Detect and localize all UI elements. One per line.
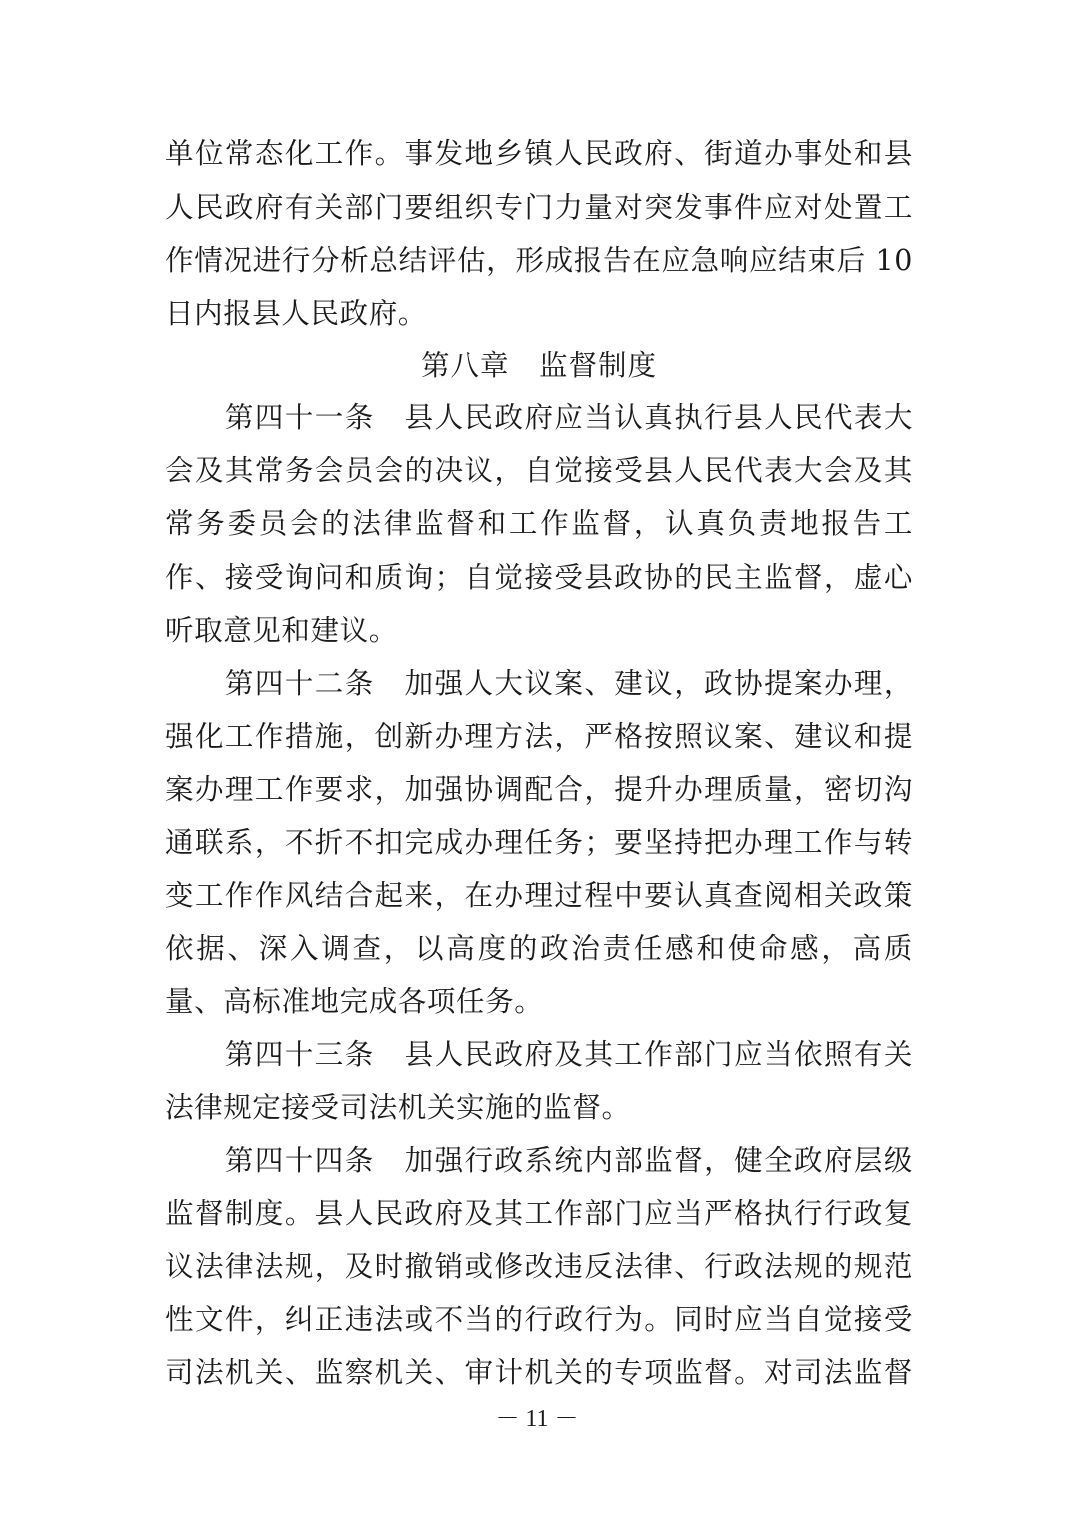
text-line: 法律规定接受司法机关实施的监督。 (165, 1088, 913, 1128)
page-number: － 11 － (0, 1398, 1074, 1433)
text-line: 强化工作措施，创新办理方法，严格按照议案、建议和提 (165, 717, 913, 757)
text-line: 第四十三条 县人民政府及其工作部门应当依照有关 (165, 1035, 913, 1075)
document-page: 单位常态化工作。事发地乡镇人民政府、街道办事处和县人民政府有关部门要组织专门力量… (0, 0, 1074, 1520)
text-line: 量、高标准地完成各项任务。 (165, 982, 913, 1022)
text-line: 第四十二条 加强人大议案、建议，政协提案办理， (165, 664, 913, 704)
text-line: 会及其常务会员会的决议，自觉接受县人民代表大会及其 (165, 451, 913, 491)
text-line: 作、接受询问和质询；自觉接受县政协的民主监督，虚心 (165, 558, 913, 598)
text-line: 性文件，纠正违法或不当的行政行为。同时应当自觉接受 (165, 1300, 913, 1340)
text-line: 单位常态化工作。事发地乡镇人民政府、街道办事处和县 (165, 134, 913, 174)
text-line: 日内报县人民政府。 (165, 294, 913, 334)
text-line: 第四十一条 县人民政府应当认真执行县人民代表大 (165, 398, 913, 438)
text-line: 议法律法规，及时撤销或修改违反法律、行政法规的规范 (165, 1247, 913, 1287)
text-line: 听取意见和建议。 (165, 611, 913, 651)
text-line: 常务委员会的法律监督和工作监督，认真负责地报告工 (165, 504, 913, 544)
text-line: 变工作作风结合起来，在办理过程中要认真查阅相关政策 (165, 876, 913, 916)
chapter-heading: 第八章 监督制度 (165, 346, 913, 386)
text-line: 作情况进行分析总结评估，形成报告在应急响应结束后 10 (165, 241, 913, 281)
text-line: 通联系，不折不扣完成办理任务；要坚持把办理工作与转 (165, 823, 913, 863)
text-line: 依据、深入调查，以高度的政治责任感和使命感，高质 (165, 929, 913, 969)
text-line: 第四十四条 加强行政系统内部监督，健全政府层级 (165, 1141, 913, 1181)
text-line: 案办理工作要求，加强协调配合，提升办理质量，密切沟 (165, 770, 913, 810)
text-line: 司法机关、监察机关、审计机关的专项监督。对司法监督 (165, 1353, 913, 1393)
text-line: 人民政府有关部门要组织专门力量对突发事件应对处置工 (165, 188, 913, 228)
text-line: 监督制度。县人民政府及其工作部门应当严格执行行政复 (165, 1194, 913, 1234)
